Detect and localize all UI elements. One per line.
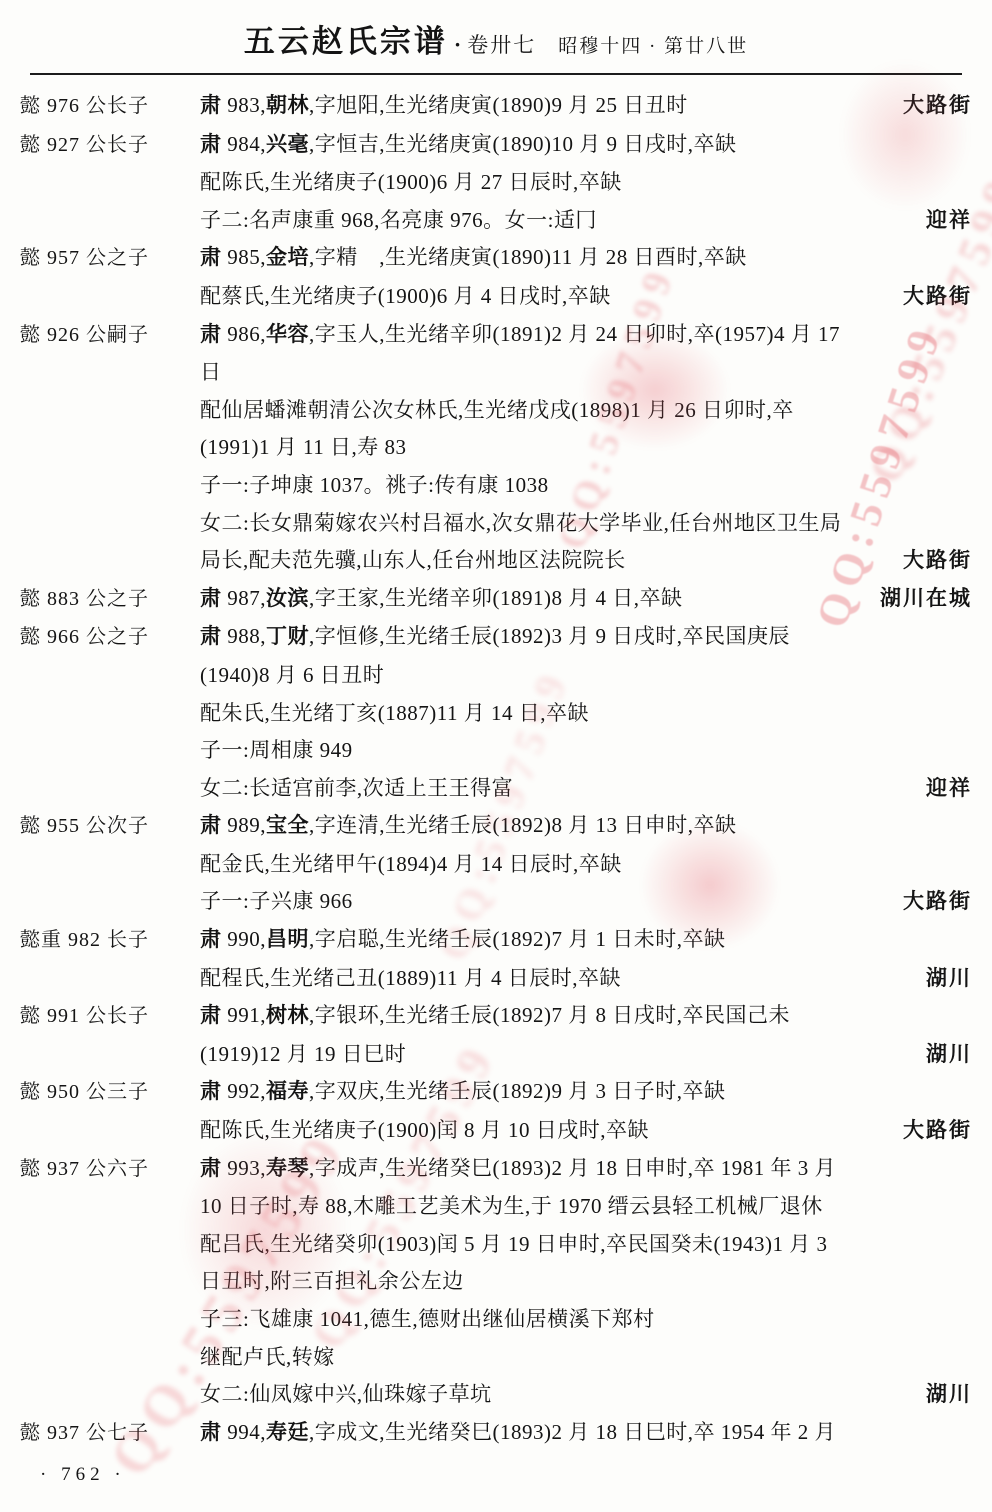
genealogy-line: 10 日子时,寿 88,木雕工艺美术为生,于 1970 缙云县轻工机械厂退休 bbox=[20, 1188, 972, 1226]
genealogy-line: 女二:长适宫前李,次适上王王得富迎祥 bbox=[20, 770, 972, 808]
residence-label: 湖川 bbox=[926, 1036, 972, 1074]
entry-relation-label: 懿重 982 长子 bbox=[20, 922, 200, 960]
residence-label: 大路街 bbox=[903, 542, 972, 580]
genealogy-line: 配金氏,生光绪甲午(1894)4 月 14 日辰时,卒缺 bbox=[20, 846, 972, 884]
residence-label: 湖川 bbox=[926, 1376, 972, 1414]
entry-relation-label: 懿 926 公嗣子 bbox=[20, 317, 200, 355]
entry-text: 继配卢氏,转嫁 bbox=[200, 1339, 972, 1377]
entry-text: 肃 993,寿琴,字成声,生光绪癸巳(1893)2 月 18 日申时,卒 198… bbox=[200, 1150, 972, 1188]
residence-label: 湖川 bbox=[926, 960, 972, 998]
genealogy-line: 懿 950 公三子肃 992,福寿,字双庆,生光绪壬辰(1892)9 月 3 日… bbox=[20, 1073, 972, 1112]
residence-label: 大路街 bbox=[903, 883, 972, 921]
entry-text: 肃 983,朝林,字旭阳,生光绪庚寅(1890)9 月 25 日丑时 bbox=[200, 87, 893, 125]
genealogy-line: 配蔡氏,生光绪庚子(1900)6 月 4 日戌时,卒缺大路街 bbox=[20, 278, 972, 316]
genealogy-line: 懿 966 公之子肃 988,丁财,字恒修,生光绪壬辰(1892)3 月 9 日… bbox=[20, 618, 972, 657]
entry-text: 配朱氏,生光绪丁亥(1887)11 月 14 日,卒缺 bbox=[200, 695, 972, 733]
entries: 懿 976 公长子肃 983,朝林,字旭阳,生光绪庚寅(1890)9 月 25 … bbox=[0, 75, 992, 1452]
genealogy-line: 懿 883 公之子肃 987,汝滨,字王家,生光绪辛卯(1891)8 月 4 日… bbox=[20, 580, 972, 619]
entry-text: 子一:周相康 949 bbox=[200, 732, 972, 770]
entry-text: 子三:飞雄康 1041,德生,德财出继仙居横溪下郑村 bbox=[200, 1301, 972, 1339]
entry-text: 肃 991,树林,字银环,生光绪壬辰(1892)7 月 8 日戌时,卒民国己未 bbox=[200, 997, 972, 1035]
genealogy-line: 女二:仙凤嫁中兴,仙珠嫁子草坑湖川 bbox=[20, 1376, 972, 1414]
entry-text: 子一:子兴康 966 bbox=[200, 883, 893, 921]
entry-text: 肃 994,寿廷,字成文,生光绪癸巳(1893)2 月 18 日巳时,卒 195… bbox=[200, 1414, 972, 1452]
entry-text: 肃 987,汝滨,字王家,生光绪辛卯(1891)8 月 4 日,卒缺 bbox=[200, 580, 870, 618]
residence-label: 迎祥 bbox=[926, 770, 972, 808]
genealogy-line: (1991)1 月 11 日,寿 83 bbox=[20, 429, 972, 467]
residence-label: 大路街 bbox=[903, 87, 972, 125]
entry-text: 肃 989,宝全,字连清,生光绪壬辰(1892)8 月 13 日申时,卒缺 bbox=[200, 807, 972, 845]
genealogy-line: 子一:子兴康 966大路街 bbox=[20, 883, 972, 921]
entry-text: 女二:仙凤嫁中兴,仙珠嫁子草坑 bbox=[200, 1376, 916, 1414]
entry-text: 女二:长适宫前李,次适上王王得富 bbox=[200, 770, 916, 808]
entry-text: 配金氏,生光绪甲午(1894)4 月 14 日辰时,卒缺 bbox=[200, 846, 972, 884]
entry-relation-label: 懿 883 公之子 bbox=[20, 581, 200, 619]
genealogy-line: 配仙居蟠滩朝清公次女林氏,生光绪戊戌(1898)1 月 26 日卯时,卒 bbox=[20, 392, 972, 430]
entry-relation-label: 懿 957 公之子 bbox=[20, 240, 200, 278]
entry-relation-label: 懿 955 公次子 bbox=[20, 808, 200, 846]
entry-text: 肃 988,丁财,字恒修,生光绪壬辰(1892)3 月 9 日戌时,卒民国庚辰 bbox=[200, 618, 972, 656]
residence-label: 湖川在城 bbox=[880, 580, 972, 618]
entry-text: 配蔡氏,生光绪庚子(1900)6 月 4 日戌时,卒缺 bbox=[200, 278, 893, 316]
generation-label: 昭穆十四 · 第廿八世 bbox=[558, 36, 748, 57]
entry-text: 肃 984,兴毫,字恒吉,生光绪庚寅(1890)10 月 9 日戌时,卒缺 bbox=[200, 126, 972, 164]
genealogy-line: 懿 991 公长子肃 991,树林,字银环,生光绪壬辰(1892)7 月 8 日… bbox=[20, 997, 972, 1036]
genealogy-page: 五云赵氏宗谱·卷卅七昭穆十四 · 第廿八世 懿 976 公长子肃 983,朝林,… bbox=[0, 0, 992, 1512]
entry-text: 日丑时,附三百担礼余公左边 bbox=[200, 1263, 972, 1301]
genealogy-line: 子一:子坤康 1037。祧子:传有康 1038 bbox=[20, 467, 972, 505]
residence-label: 大路街 bbox=[903, 278, 972, 316]
entry-relation-label: 懿 966 公之子 bbox=[20, 619, 200, 657]
genealogy-line: 局长,配夫范先骥,山东人,任台州地区法院院长大路街 bbox=[20, 542, 972, 580]
entry-text: 子二:名声康重 968,名亮康 976。女一:适冂 bbox=[200, 202, 916, 240]
genealogy-line: 懿重 982 长子肃 990,昌明,字启聪,生光绪壬辰(1892)7 月 1 日… bbox=[20, 921, 972, 960]
page-header: 五云赵氏宗谱·卷卅七昭穆十四 · 第廿八世 bbox=[0, 0, 992, 61]
entry-text: 肃 992,福寿,字双庆,生光绪壬辰(1892)9 月 3 日子时,卒缺 bbox=[200, 1073, 972, 1111]
entry-text: 女二:长女鼎菊嫁农兴村吕福水,次女鼎花大学毕业,任台州地区卫生局 bbox=[200, 505, 972, 543]
entry-text: 配陈氏,生光绪庚子(1900)6 月 27 日辰时,卒缺 bbox=[200, 164, 972, 202]
genealogy-line: 配吕氏,生光绪癸卯(1903)闰 5 月 19 日申时,卒民国癸未(1943)1… bbox=[20, 1226, 972, 1264]
genealogy-line: 懿 926 公嗣子肃 986,华容,字玉人,生光绪辛卯(1891)2 月 24 … bbox=[20, 316, 972, 355]
genealogy-line: 女二:长女鼎菊嫁农兴村吕福水,次女鼎花大学毕业,任台州地区卫生局 bbox=[20, 505, 972, 543]
genealogy-line: 配朱氏,生光绪丁亥(1887)11 月 14 日,卒缺 bbox=[20, 695, 972, 733]
volume-label: 卷卅七 bbox=[467, 33, 536, 57]
genealogy-line: 继配卢氏,转嫁 bbox=[20, 1339, 972, 1377]
genealogy-line: 子三:飞雄康 1041,德生,德财出继仙居横溪下郑村 bbox=[20, 1301, 972, 1339]
genealogy-line: 配陈氏,生光绪庚子(1900)闰 8 月 10 日戌时,卒缺大路街 bbox=[20, 1112, 972, 1150]
entry-text: 配仙居蟠滩朝清公次女林氏,生光绪戊戌(1898)1 月 26 日卯时,卒 bbox=[200, 392, 972, 430]
page-number: · 762 · bbox=[40, 1464, 126, 1486]
entry-text: 配吕氏,生光绪癸卯(1903)闰 5 月 19 日申时,卒民国癸未(1943)1… bbox=[200, 1226, 972, 1264]
genealogy-line: 子二:名声康重 968,名亮康 976。女一:适冂迎祥 bbox=[20, 202, 972, 240]
entry-text: (1991)1 月 11 日,寿 83 bbox=[200, 429, 972, 467]
entry-relation-label: 懿 937 公七子 bbox=[20, 1415, 200, 1453]
entry-relation-label: 懿 937 公六子 bbox=[20, 1151, 200, 1189]
entry-text: 配程氏,生光绪己丑(1889)11 月 4 日辰时,卒缺 bbox=[200, 960, 916, 998]
genealogy-line: 懿 937 公六子肃 993,寿琴,字成声,生光绪癸巳(1893)2 月 18 … bbox=[20, 1150, 972, 1189]
genealogy-line: (1940)8 月 6 日丑时 bbox=[20, 657, 972, 695]
entry-text: 子一:子坤康 1037。祧子:传有康 1038 bbox=[200, 467, 972, 505]
entry-relation-label: 懿 976 公长子 bbox=[20, 88, 200, 126]
genealogy-line: 日丑时,附三百担礼余公左边 bbox=[20, 1263, 972, 1301]
genealogy-line: 配程氏,生光绪己丑(1889)11 月 4 日辰时,卒缺湖川 bbox=[20, 960, 972, 998]
residence-label: 迎祥 bbox=[926, 202, 972, 240]
entry-text: 肃 990,昌明,字启聪,生光绪壬辰(1892)7 月 1 日未时,卒缺 bbox=[200, 921, 972, 959]
genealogy-line: 懿 937 公七子肃 994,寿廷,字成文,生光绪癸巳(1893)2 月 18 … bbox=[20, 1414, 972, 1453]
entry-text: 10 日子时,寿 88,木雕工艺美术为生,于 1970 缙云县轻工机械厂退休 bbox=[200, 1188, 972, 1226]
entry-text: 日 bbox=[200, 354, 972, 392]
genealogy-line: 懿 927 公长子肃 984,兴毫,字恒吉,生光绪庚寅(1890)10 月 9 … bbox=[20, 126, 972, 165]
genealogy-line: 懿 955 公次子肃 989,宝全,字连清,生光绪壬辰(1892)8 月 13 … bbox=[20, 807, 972, 846]
entry-relation-label: 懿 991 公长子 bbox=[20, 998, 200, 1036]
genealogy-line: 配陈氏,生光绪庚子(1900)6 月 27 日辰时,卒缺 bbox=[20, 164, 972, 202]
title-separator-dot: · bbox=[448, 32, 467, 57]
genealogy-line: 日 bbox=[20, 354, 972, 392]
genealogy-line: (1919)12 月 19 日巳时湖川 bbox=[20, 1036, 972, 1074]
entry-relation-label: 懿 950 公三子 bbox=[20, 1074, 200, 1112]
genealogy-line: 懿 976 公长子肃 983,朝林,字旭阳,生光绪庚寅(1890)9 月 25 … bbox=[20, 87, 972, 126]
genealogy-line: 子一:周相康 949 bbox=[20, 732, 972, 770]
entry-text: 局长,配夫范先骥,山东人,任台州地区法院院长 bbox=[200, 542, 893, 580]
entry-text: 肃 985,金培,字精 ,生光绪庚寅(1890)11 月 28 日酉时,卒缺 bbox=[200, 239, 972, 277]
entry-text: 肃 986,华容,字玉人,生光绪辛卯(1891)2 月 24 日卯时,卒(195… bbox=[200, 316, 972, 354]
entry-text: 配陈氏,生光绪庚子(1900)闰 8 月 10 日戌时,卒缺 bbox=[200, 1112, 893, 1150]
genealogy-line: 懿 957 公之子肃 985,金培,字精 ,生光绪庚寅(1890)11 月 28… bbox=[20, 239, 972, 278]
book-title: 五云赵氏宗谱 bbox=[244, 24, 448, 59]
residence-label: 大路街 bbox=[903, 1112, 972, 1150]
entry-relation-label: 懿 927 公长子 bbox=[20, 127, 200, 165]
entry-text: (1919)12 月 19 日巳时 bbox=[200, 1036, 916, 1074]
entry-text: (1940)8 月 6 日丑时 bbox=[200, 657, 972, 695]
